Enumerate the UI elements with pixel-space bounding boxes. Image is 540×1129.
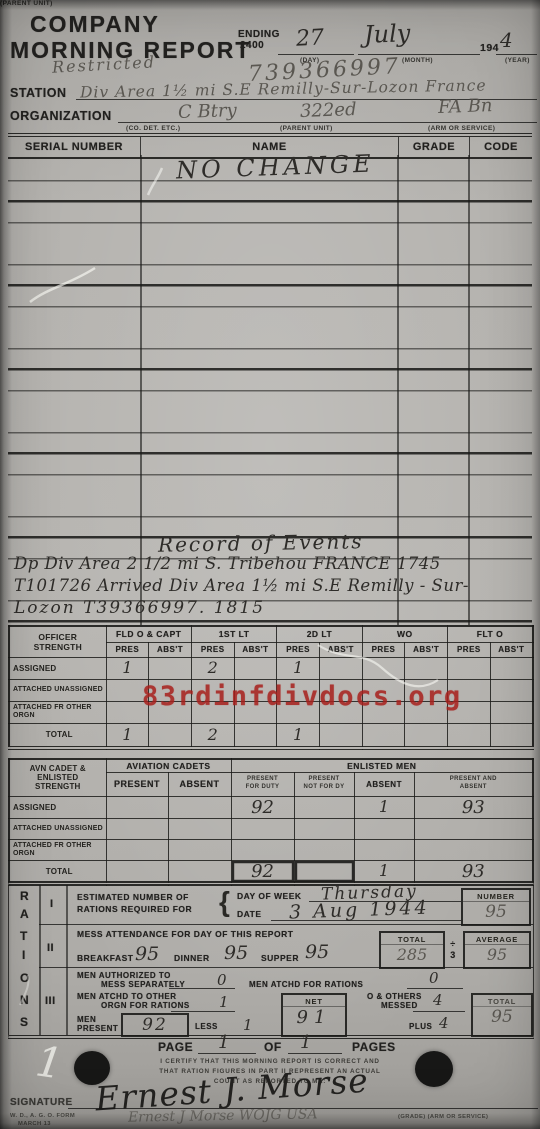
average-label: AVERAGE	[465, 933, 529, 945]
org-parent-label: (PARENT UNIT)	[280, 125, 333, 132]
rations-letter-divider	[39, 885, 41, 1035]
enlisted-strength-table: AVN CADET & ENLISTED STRENGTH AVIATION C…	[8, 758, 534, 886]
enlisted-cell: 1	[354, 796, 414, 818]
supper-label: SUPPER	[261, 953, 299, 963]
officer-cell	[490, 723, 533, 748]
officer-table-label: OFFICER STRENGTH	[9, 626, 106, 657]
officer-cell	[448, 723, 491, 748]
rations-numeral-2: II	[47, 942, 54, 954]
rations1-label1: ESTIMATED NUMBER OF	[77, 892, 189, 902]
officer-sub-abst: ABS'T	[405, 642, 448, 657]
enlisted-col-present-duty: PRESENT FOR DUTY	[231, 772, 294, 796]
officer-cell	[149, 723, 192, 748]
dinner-value: 95	[224, 942, 248, 964]
morning-report-document: COMPANY MORNING REPORT ENDING 2400 27 (D…	[0, 0, 540, 1129]
officer-sub-abst: ABS'T	[149, 642, 192, 657]
enlisted-col-absent2: ABSENT	[354, 772, 414, 796]
mess-total-box: TOTAL 285	[379, 931, 445, 969]
net-value: 91	[283, 1007, 345, 1028]
officer-sub-pres: PRES	[191, 642, 234, 657]
number-box-label: NUMBER	[463, 890, 529, 902]
punch-hole-right	[415, 1051, 453, 1087]
enlisted-col-present: PRESENT	[106, 772, 168, 796]
year-label: (YEAR)	[505, 57, 530, 64]
of-label: OF	[264, 1040, 282, 1054]
officer-row-assigned: ASSIGNED 1 2 1	[9, 657, 533, 679]
rations1-brace: {	[219, 886, 230, 918]
atchd-other-value: 1	[219, 993, 229, 1011]
enlisted-cell	[294, 796, 354, 818]
enlisted-col-absent: ABSENT	[168, 772, 231, 796]
rations-letter: S	[20, 1015, 29, 1029]
enlisted-row-total: TOTAL 92 1 93	[9, 860, 533, 884]
enlisted-cell	[354, 818, 414, 839]
rations-row2-divider	[39, 967, 533, 968]
enlisted-cell	[354, 839, 414, 860]
plus-label: PLUS	[409, 1022, 432, 1031]
officer-cell	[149, 657, 192, 679]
rations-total-label: TOTAL	[473, 995, 531, 1007]
enlisted-group-men: ENLISTED MEN	[231, 759, 533, 772]
enlisted-cell	[231, 839, 294, 860]
auth-mess-label1: MEN AUTHORIZED TO	[77, 971, 171, 980]
officer-cell	[234, 723, 277, 748]
watermark: 83rdinfdivdocs.org	[142, 681, 462, 712]
officer-row-label: ATTACHED UNASSIGNED	[9, 679, 106, 701]
events-line3: Lozon T39366997. 1815	[14, 598, 265, 618]
enlisted-table-label: AVN CADET & ENLISTED STRENGTH	[9, 759, 106, 796]
ending-day-value: 27	[295, 25, 324, 51]
enlisted-cell: 93	[414, 860, 533, 884]
men-present-value: 92	[142, 1015, 168, 1035]
officer-cell: 1	[277, 657, 320, 679]
enlisted-cell	[168, 860, 231, 884]
day-underline	[278, 54, 354, 55]
roster-col-code: CODE	[470, 137, 532, 157]
events-line1: Dp Div Area 2 1/2 mi S. Tribehou FRANCE …	[14, 554, 441, 573]
officer-sub-pres: PRES	[448, 642, 491, 657]
enlisted-cell: 93	[414, 796, 533, 818]
fine-print-form: W. D., A. G. O. FORM	[10, 1113, 75, 1119]
net-label: NET	[283, 995, 345, 1007]
enlisted-cell	[294, 818, 354, 839]
roster-entry: NO CHANGE	[176, 150, 375, 185]
rations-numeral-3: III	[45, 995, 56, 1007]
fine-print-name: Ernest J Morse WOJG USA	[128, 1106, 318, 1125]
rations-total-value: 95	[473, 1007, 531, 1027]
supper-value: 95	[305, 941, 329, 963]
enlisted-cell	[231, 818, 294, 839]
rations-row1-divider	[39, 924, 533, 925]
officer-group-2dlt: 2D LT	[277, 626, 362, 642]
organization-label: ORGANIZATION	[10, 109, 112, 123]
divide-by-three: ÷ 3	[447, 939, 459, 961]
enlisted-row-assigned: ASSIGNED 92 1 93	[9, 796, 533, 818]
mess-attendance-heading: MESS ATTENDANCE FOR DAY OF THIS REPORT	[77, 929, 293, 939]
restricted-note: Restricted	[52, 52, 157, 76]
officer-row-label: ATTACHED FR OTHER ORGN	[9, 701, 106, 723]
rations-section: R A T I O N S I II III ESTIMATED NUMBER …	[8, 881, 534, 1039]
enlisted-col-present-notdy: PRESENT NOT FOR DY	[294, 772, 354, 796]
form-title-line1: COMPANY	[30, 11, 160, 38]
org-co-label: (CO. DET. ETC.)	[126, 125, 180, 132]
officer-sub-abst: ABS'T	[319, 642, 362, 657]
officer-row-label: TOTAL	[9, 723, 106, 748]
officer-row-total: TOTAL 1 2 1	[9, 723, 533, 748]
officer-group-1stlt: 1ST LT	[191, 626, 276, 642]
year-underline	[496, 54, 537, 55]
o-others-underline	[413, 1011, 465, 1012]
rations-letter: O	[20, 971, 30, 985]
enlisted-cell	[106, 860, 168, 884]
signature-label: SIGNATURE	[10, 1097, 73, 1108]
officer-group-fldo: FLD O & CAPT	[106, 626, 191, 642]
org-arm-value: FA Bn	[438, 95, 493, 118]
officer-group-wo: WO	[362, 626, 447, 642]
rations-letter: N	[20, 993, 29, 1007]
atchd-rations-label: MEN ATCHD FOR RATIONS	[249, 980, 363, 989]
enlisted-cell	[168, 796, 231, 818]
o-others-value: 4	[433, 991, 443, 1009]
atchd-rations-value: 0	[429, 969, 439, 987]
officer-cell: 2	[191, 657, 234, 679]
mess-total-value: 285	[381, 945, 443, 964]
rations-letter: T	[20, 929, 28, 943]
less-label: LESS	[195, 1022, 218, 1031]
org-co-value: C Btry	[178, 100, 237, 123]
org-arm-label: (ARM OR SERVICE)	[428, 125, 495, 132]
fine-print-date: MARCH 13	[18, 1121, 51, 1127]
ending-month-value: July	[364, 19, 411, 49]
roster-ruled-area: NO CHANGE Record of Events Dp Div Area 2…	[8, 155, 532, 625]
men-present-label1: MEN	[77, 1015, 96, 1024]
station-value: Div Area 1½ mi S.E Remilly-Sur-Lozon Fra…	[80, 76, 487, 101]
roster-col-grade: GRADE	[399, 137, 470, 157]
net-box: NET 91	[281, 993, 347, 1037]
rations-letter: A	[20, 907, 29, 921]
page-label: PAGE	[158, 1040, 193, 1054]
rations-numeral-divider	[66, 885, 68, 1035]
enlisted-cell: 1	[354, 860, 414, 884]
officer-cell	[319, 723, 362, 748]
enlisted-col-present-absent: PRESENT AND ABSENT	[414, 772, 533, 796]
page-value: 1	[218, 1032, 229, 1053]
officer-sub-pres: PRES	[362, 642, 405, 657]
enlisted-cell	[106, 839, 168, 860]
enlisted-cell-boxed: 92	[231, 860, 294, 884]
pages-label: PAGES	[352, 1040, 396, 1054]
breakfast-label: BREAKFAST	[77, 953, 133, 963]
officer-cell: 2	[191, 723, 234, 748]
enlisted-cell	[106, 796, 168, 818]
rations-total-box: TOTAL 95	[471, 993, 533, 1037]
page-underline	[198, 1053, 256, 1054]
o-others-label1: O & OTHERS	[367, 992, 422, 1001]
plus-value: 4	[439, 1014, 449, 1032]
roster-divider-code	[468, 155, 470, 625]
officer-row-label: ASSIGNED	[9, 657, 106, 679]
officer-cell	[490, 679, 533, 701]
enlisted-row-label: ASSIGNED	[9, 796, 106, 818]
roster-col-serial: SERIAL NUMBER	[8, 137, 141, 157]
average-box: AVERAGE 95	[463, 931, 531, 969]
rations-letter: R	[20, 889, 29, 903]
enlisted-row-label: TOTAL	[9, 860, 106, 884]
org-parent-value: 322ed	[300, 99, 357, 122]
officer-cell	[405, 657, 448, 679]
officer-sub-pres: PRES	[277, 642, 320, 657]
events-title: Record of Events	[158, 529, 364, 557]
officer-cell: 1	[106, 723, 149, 748]
year-prefix: 194	[480, 42, 499, 54]
date-underline	[271, 920, 461, 921]
organization-underline	[118, 122, 537, 123]
org-parent-label: (PARENT UNIT)	[0, 0, 53, 7]
enlisted-cell	[168, 839, 231, 860]
officer-cell	[405, 723, 448, 748]
rations1-label2: RATIONS REQUIRED FOR	[77, 904, 192, 914]
men-present-label2: PRESENT	[77, 1024, 118, 1033]
pages-value: 1	[300, 1032, 311, 1053]
date-label: DATE	[237, 909, 262, 919]
officer-sub-pres: PRES	[106, 642, 149, 657]
enlisted-row-label: ATTACHED UNASSIGNED	[9, 818, 106, 839]
events-line2: T101726 Arrived Div Area 1½ mi S.E Remil…	[14, 576, 469, 595]
enlisted-cell	[168, 818, 231, 839]
day-of-week-label: DAY OF WEEK	[237, 891, 302, 901]
enlisted-cell-boxed	[294, 860, 354, 884]
average-value: 95	[465, 945, 529, 964]
enlisted-group-cadets: AVIATION CADETS	[106, 759, 231, 772]
rations-letter: I	[22, 948, 26, 962]
year-value: 4	[500, 28, 513, 52]
ending-label: ENDING	[238, 29, 280, 40]
officer-cell	[362, 723, 405, 748]
officer-sub-abst: ABS'T	[234, 642, 277, 657]
enlisted-row-attached-fr: ATTACHED FR OTHER ORGN	[9, 839, 533, 860]
officer-cell: 1	[106, 657, 149, 679]
rations-numeral-1: I	[50, 898, 54, 910]
atchd-other-underline	[171, 1011, 235, 1012]
atchd-other-label1: MEN ATCHD TO OTHER	[77, 992, 177, 1001]
officer-cell	[490, 657, 533, 679]
enlisted-cell	[294, 839, 354, 860]
number-box: NUMBER 95	[461, 888, 531, 926]
month-label: (MONTH)	[402, 57, 433, 64]
atchd-other-label2: ORGN FOR RATIONS	[101, 1001, 190, 1010]
officer-cell	[490, 701, 533, 723]
pages-underline	[288, 1053, 342, 1054]
officer-group-flto: FLT O	[448, 626, 533, 642]
number-box-value: 95	[463, 902, 529, 922]
fine-print-grade: (GRADE) (ARM OR SERVICE)	[398, 1114, 488, 1120]
station-label: STATION	[10, 86, 67, 100]
enlisted-cell	[106, 818, 168, 839]
dinner-label: DINNER	[174, 953, 210, 963]
men-present-box: 92	[121, 1013, 189, 1037]
officer-sub-abst: ABS'T	[490, 642, 533, 657]
enlisted-row-attached-unassigned: ATTACHED UNASSIGNED	[9, 818, 533, 839]
atchd-rations-underline	[407, 988, 463, 989]
less-value: 1	[243, 1016, 253, 1034]
enlisted-cell: 92	[231, 796, 294, 818]
mess-total-label: TOTAL	[381, 933, 443, 945]
officer-cell	[234, 657, 277, 679]
officer-cell	[448, 657, 491, 679]
officer-cell	[319, 657, 362, 679]
o-others-label2: MESSED	[381, 1001, 418, 1010]
enlisted-cell	[414, 839, 533, 860]
officer-cell	[362, 657, 405, 679]
enlisted-row-label: ATTACHED FR OTHER ORGN	[9, 839, 106, 860]
auth-mess-value: 0	[217, 971, 227, 989]
breakfast-value: 95	[135, 943, 159, 965]
enlisted-cell	[414, 818, 533, 839]
ending-time: 2400	[240, 40, 264, 51]
auth-underline	[169, 988, 235, 989]
officer-cell: 1	[277, 723, 320, 748]
